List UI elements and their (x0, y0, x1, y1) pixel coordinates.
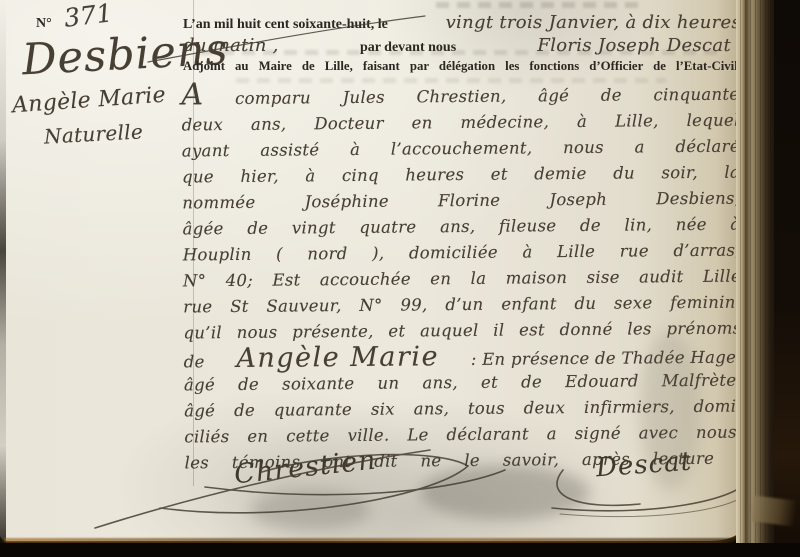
register-book-photo: N° 371 Desbiens Angèle Marie Naturelle L… (0, 0, 800, 557)
header-line-1: L’an mil huit cent soixante-huit, le vin… (183, 12, 741, 33)
register-page: N° 371 Desbiens Angèle Marie Naturelle L… (0, 0, 745, 541)
act-number: 371 (62, 0, 114, 33)
photo-dark-edge (0, 543, 800, 557)
child-name: Angèle Marie (236, 344, 439, 372)
margin-given-names: Angèle Marie (11, 83, 166, 119)
page-stack-corner (751, 495, 798, 526)
printed-officer-title: Adjoint au Maire de Lille, faisant par d… (183, 59, 741, 74)
printed-intro: L’an mil huit cent soixante-huit, le (183, 17, 388, 33)
handwritten-date: vingt trois Janvier, à dix heures (446, 12, 741, 33)
ink-bleed-through (436, 2, 646, 8)
page-bottom-edge (4, 538, 734, 542)
book-gutter-shadow (0, 0, 6, 557)
paper-smudge (250, 490, 370, 530)
margin-note: Naturelle (43, 119, 143, 148)
ink-bleed-through (200, 50, 720, 55)
book-cover-edge (774, 0, 800, 557)
act-number-label: N° (36, 16, 52, 32)
paper-smudge (420, 465, 590, 520)
ink-bleed-through (236, 78, 666, 83)
page-stack-edge-lines (736, 0, 776, 557)
